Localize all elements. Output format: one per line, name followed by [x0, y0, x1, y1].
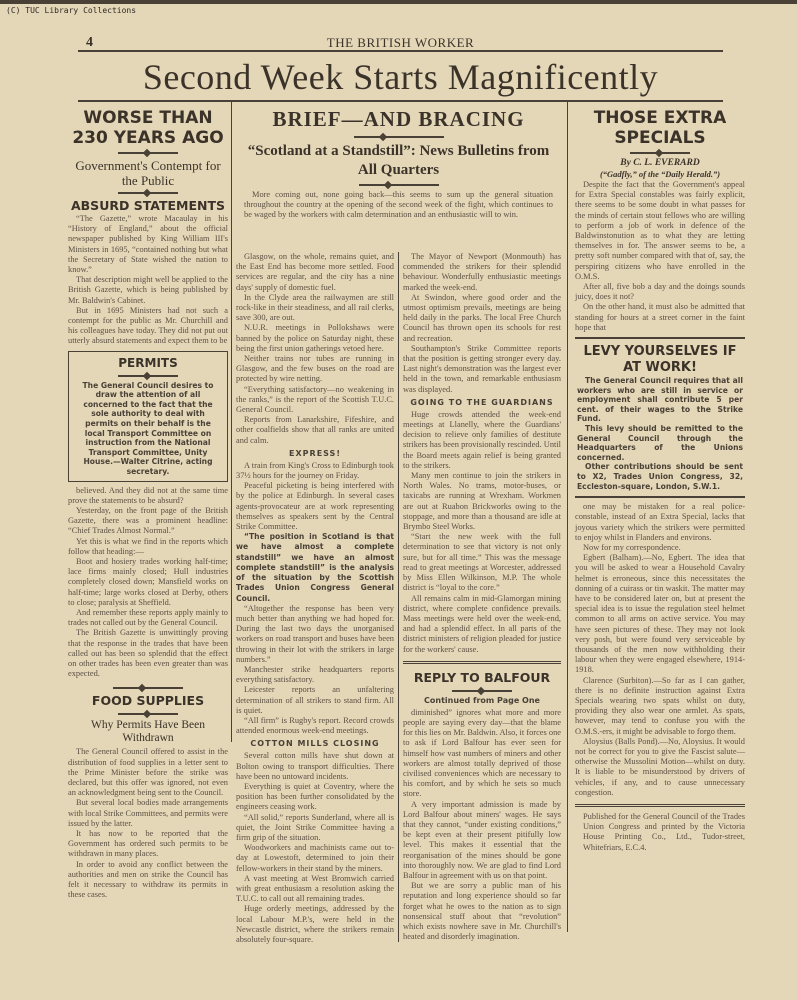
paragraph: Yesterday, on the front page of the Brit…	[68, 506, 228, 537]
paragraph: But we are sorry a public man of his rep…	[403, 881, 561, 942]
paragraph: “The Gazette,” wrote Macaulay in his “Hi…	[68, 214, 228, 275]
paragraph: “All firm” is Rugby's report. Record cro…	[236, 716, 394, 736]
paragraph: But in 1695 Ministers had not such a con…	[68, 306, 228, 347]
column-worse-than-230-years: WORSE THAN 230 YEARS AGO Government's Co…	[68, 102, 228, 900]
paragraph: Clarence (Surbiton).—So far as I can gat…	[575, 676, 745, 737]
ornament-rule	[118, 192, 178, 194]
paragraph: N.U.R. meetings in Pollokshaws were bann…	[236, 323, 394, 354]
paragraph: Aloysius (Balls Pond).—No, Aloysius. It …	[575, 737, 745, 798]
bold-paragraph: “The position in Scotland is that we hav…	[236, 532, 394, 603]
section-heading: EXPRESS!	[236, 449, 394, 458]
paragraph: “All solid,” reports Sunderland, where a…	[236, 813, 394, 844]
paper-title: THE BRITISH WORKER	[78, 35, 723, 51]
paragraph: A very important admission is made by Lo…	[403, 800, 561, 882]
paragraph: A vast meeting at West Bromwich carried …	[236, 874, 394, 905]
box-text: This levy should be remitted to the Gene…	[577, 424, 743, 462]
paragraph: Woodworkers and machinists came out to-d…	[236, 843, 394, 874]
paragraph: Yet this is what we find in the reports …	[68, 537, 228, 557]
continued-note: Continued from Page One	[403, 696, 561, 705]
imprint: Published for the General Council of the…	[575, 804, 745, 853]
paragraph: Several cotton mills have shut down at B…	[236, 751, 394, 782]
paragraph: On the other hand, it must also be admit…	[575, 302, 745, 333]
paragraph: Manchester strike headquarters reports e…	[236, 665, 394, 685]
paragraph: In order to avoid any conflict between t…	[68, 860, 228, 901]
article-subtitle: “Scotland at a Standstill”: News Bulleti…	[236, 142, 561, 180]
paragraph: It has now to be reported that the Gover…	[68, 829, 228, 860]
box-text: The General Council requires that all wo…	[577, 376, 743, 424]
article-title: THOSE EXTRA SPECIALS	[575, 108, 745, 148]
running-head: 4 THE BRITISH WORKER	[78, 28, 723, 52]
paragraph: At Swindon, where good order and the utm…	[403, 293, 561, 344]
paragraph: Huge orderly meetings, addressed by the …	[236, 904, 394, 945]
box-text: The General Council desires to draw the …	[75, 381, 221, 477]
paragraph: Huge crowds attended the week-end meetin…	[403, 410, 561, 471]
paragraph: Peaceful picketing is being interfered w…	[236, 481, 394, 532]
ornament-rule	[452, 690, 512, 692]
paragraph: diminished” ignores what more and more p…	[403, 708, 561, 800]
article-subtitle: Government's Contempt for the Public	[68, 158, 228, 188]
article-subtitle: Why Permits Have Been Withdrawn	[68, 719, 228, 745]
paragraph: That description might well be applied t…	[68, 275, 228, 306]
paragraph: In the Clyde area the railwaymen are sti…	[236, 293, 394, 324]
ornament-rule	[354, 136, 444, 138]
column-rule	[231, 102, 232, 742]
paragraph: one may be mistaken for a real police-co…	[575, 502, 745, 543]
paragraph: Boot and hosiery trades working half-tim…	[68, 557, 228, 608]
paragraph: “Start the new week with the full determ…	[403, 532, 561, 593]
paragraph: Despite the fact that the Government's a…	[575, 180, 745, 282]
paragraph: Leicester reports an unfaltering determi…	[236, 685, 394, 716]
imprint-text: Published for the General Council of the…	[575, 812, 745, 853]
paragraph: But several local bodies made arrangemen…	[68, 798, 228, 829]
column-brief-right: The Mayor of Newport (Monmouth) has comm…	[403, 252, 561, 942]
column-those-extra-specials: THOSE EXTRA SPECIALS By C. L. EVERARD (“…	[575, 102, 745, 853]
box-title: LEVY YOURSELVES IF AT WORK!	[577, 344, 743, 376]
box-title: PERMITS	[75, 356, 221, 371]
intro-paragraph: More coming out, none going back—this se…	[236, 190, 561, 221]
paragraph: Neither trains nor tubes are running in …	[236, 354, 394, 385]
article-title: WORSE THAN 230 YEARS AGO	[68, 108, 228, 148]
paragraph: The British Gazette is unwittingly provi…	[68, 628, 228, 679]
permits-notice-box: PERMITS The General Council desires to d…	[68, 351, 228, 482]
paragraph: “Everything satisfactory—no weakening in…	[236, 385, 394, 416]
paragraph: The General Council offered to assist in…	[68, 747, 228, 798]
section-heading: GOING TO THE GUARDIANS	[403, 398, 561, 407]
paragraph: Southampton's Strike Committee reports t…	[403, 344, 561, 395]
main-headline: Second Week Starts Magnificently	[78, 54, 723, 102]
byline: By C. L. EVERARD	[575, 158, 745, 169]
paragraph: Everything is quiet at Coventry, where t…	[236, 782, 394, 813]
reply-to-balfour-article: REPLY TO BALFOUR Continued from Page One…	[403, 661, 561, 943]
column-brief-and-bracing-header: BRIEF—AND BRACING “Scotland at a Standst…	[236, 102, 561, 221]
scan-edge	[0, 0, 797, 4]
paragraph: Egbert (Balham).—No, Egbert. The idea th…	[575, 553, 745, 675]
article-title: FOOD SUPPLIES	[68, 693, 228, 709]
ornament-rule	[118, 375, 178, 377]
ornament-rule	[630, 152, 690, 154]
paragraph: All remains calm in mid-Glamorgan mining…	[403, 594, 561, 655]
paragraph: Reports from Lanarkshire, Fifeshire, and…	[236, 415, 394, 446]
ornament-rule	[118, 152, 178, 154]
paragraph: A train from King's Cross to Edinburgh t…	[236, 461, 394, 481]
paragraph: believed. And they did not at the same t…	[68, 486, 228, 506]
section-heading: COTTON MILLS CLOSING	[236, 739, 394, 748]
ornament-rule	[359, 184, 439, 186]
paragraph: The Mayor of Newport (Monmouth) has comm…	[403, 252, 561, 293]
column-brief-left: Glasgow, on the whole, remains quiet, an…	[236, 252, 394, 945]
paragraph: And remember these reports apply mainly …	[68, 608, 228, 628]
columns: WORSE THAN 230 YEARS AGO Government's Co…	[78, 102, 723, 962]
column-rule	[567, 102, 568, 932]
newspaper-page: 4 THE BRITISH WORKER Second Week Starts …	[78, 28, 723, 962]
article-title: BRIEF—AND BRACING	[236, 106, 561, 132]
copyright-notice: (C) TUC Library Collections	[6, 6, 136, 15]
paragraph: “Altogether the response has been very m…	[236, 604, 394, 665]
ornament-rule	[113, 687, 183, 689]
box-text: Other contributions should be sent to X2…	[577, 462, 743, 491]
paragraph: After all, five bob a day and the doings…	[575, 282, 745, 302]
section-heading: ABSURD STATEMENTS	[68, 198, 228, 214]
paragraph: Now for my correspondence.	[575, 543, 745, 553]
byline-credit: (“Gadfly,” of the “Daily Herald.”)	[575, 169, 745, 180]
levy-notice-box: LEVY YOURSELVES IF AT WORK! The General …	[575, 337, 745, 498]
paragraph: Glasgow, on the whole, remains quiet, an…	[236, 252, 394, 293]
column-rule	[398, 252, 399, 942]
ornament-rule	[118, 713, 178, 715]
article-title: REPLY TO BALFOUR	[403, 670, 561, 686]
paragraph: Many men continue to join the strikers i…	[403, 471, 561, 532]
